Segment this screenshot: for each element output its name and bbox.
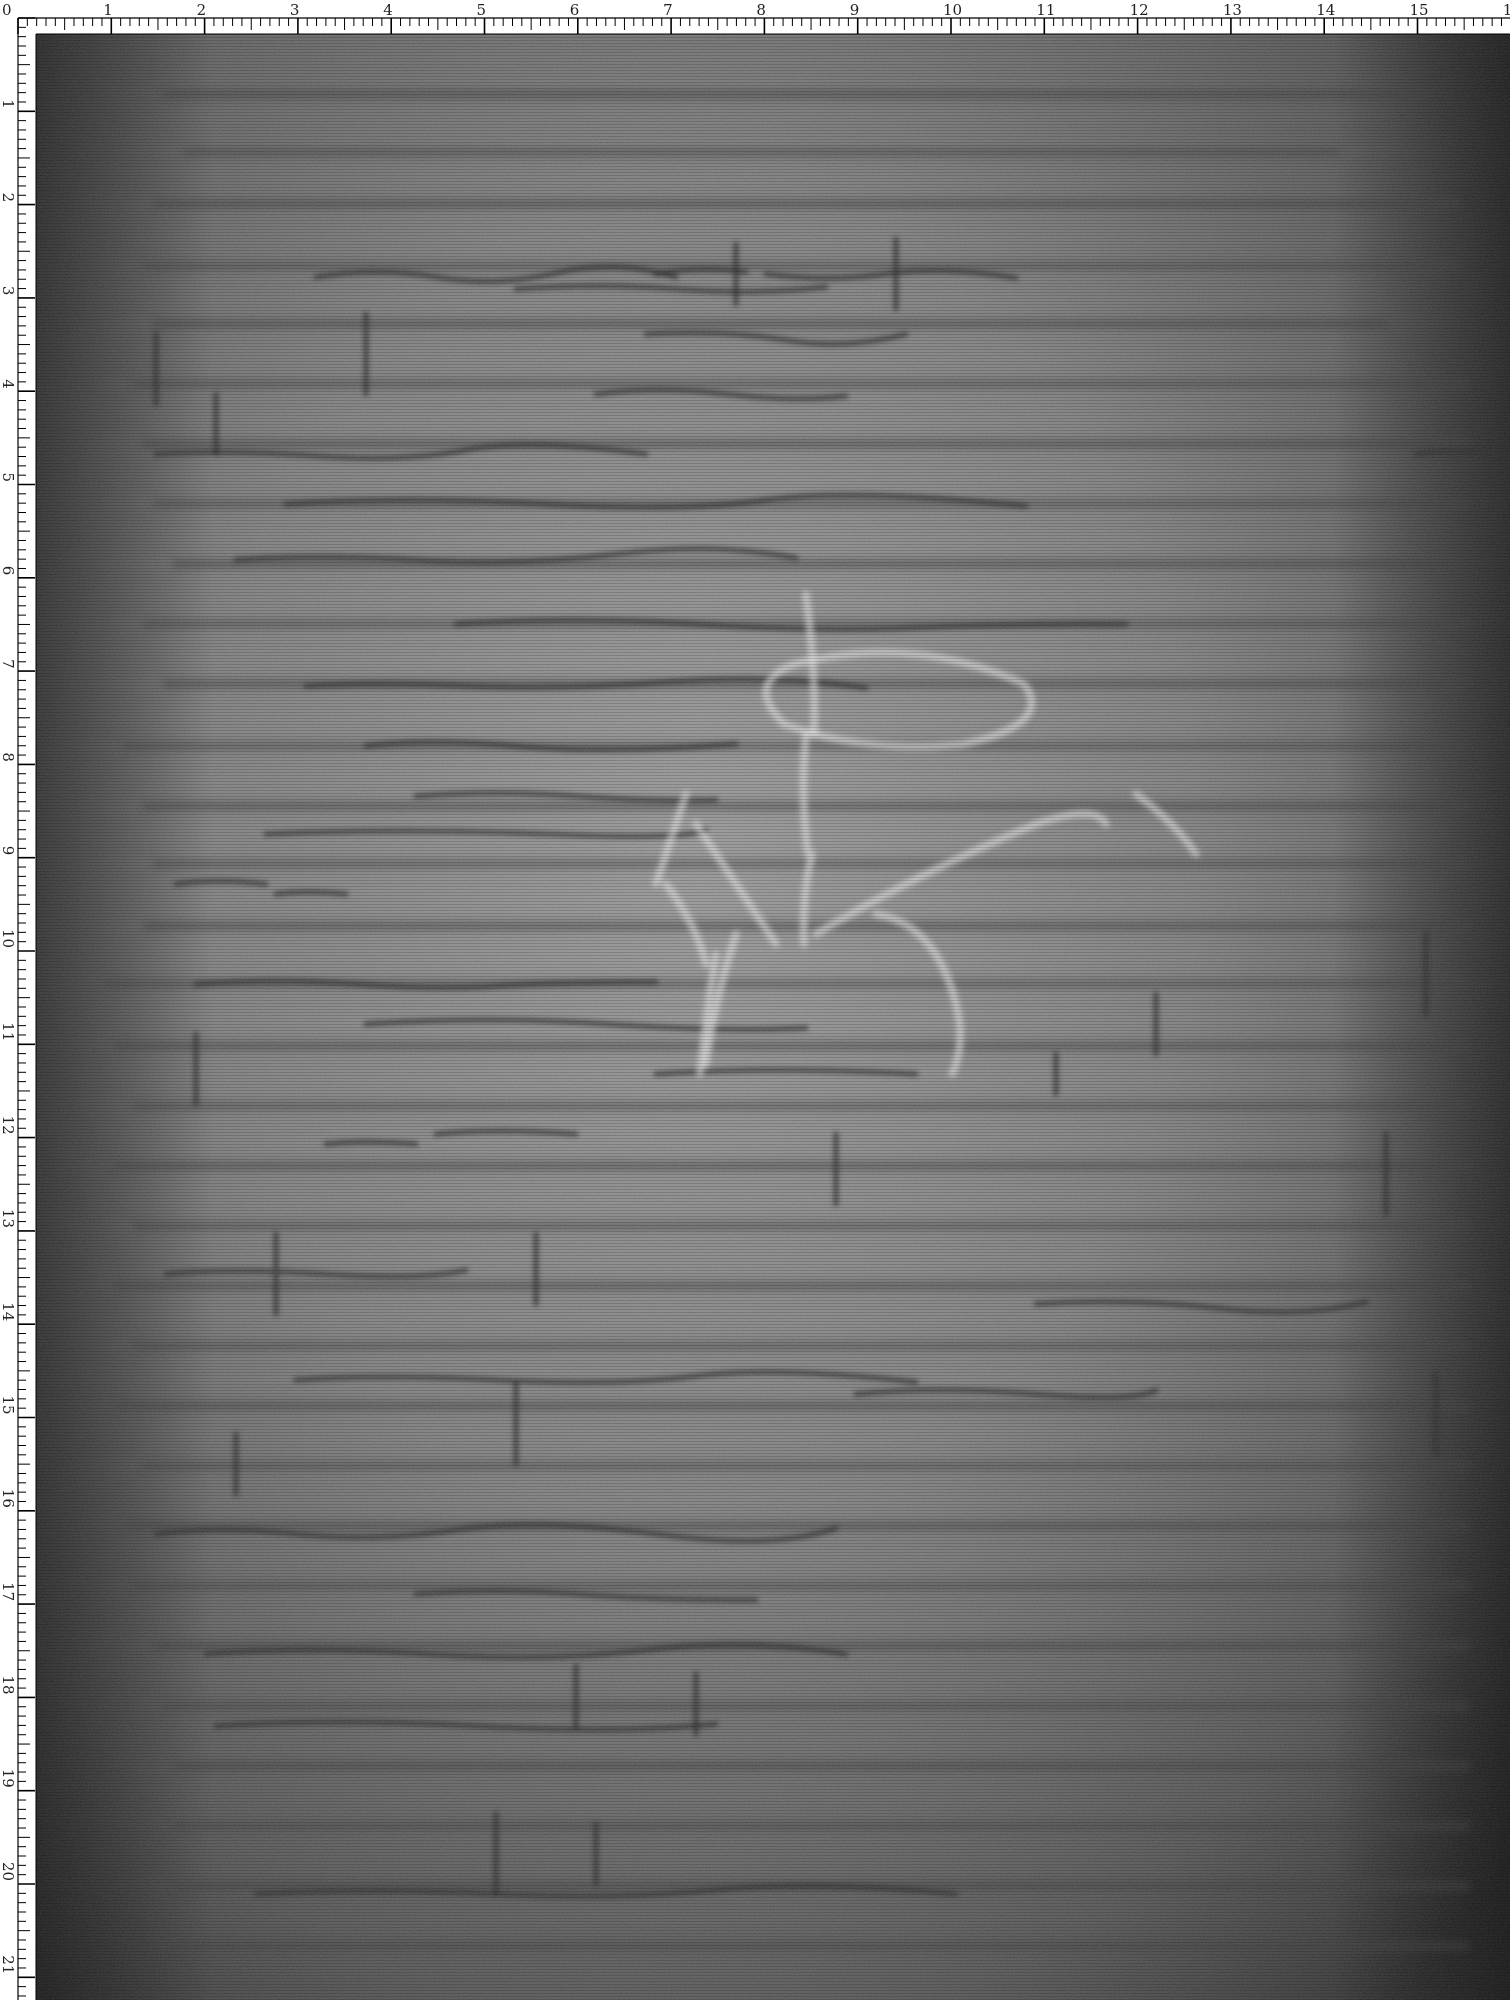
ruler-label: 7: [0, 659, 17, 669]
ruler-label: 18: [0, 1675, 17, 1694]
ruler-label: 3: [290, 1, 300, 19]
ruler-label: 3: [0, 286, 17, 296]
ruler-label: 2: [197, 1, 207, 19]
ruler-label: 13: [0, 1209, 17, 1228]
ruler-label: 11: [1036, 1, 1055, 19]
ruler-label: 6: [570, 1, 580, 19]
ruler-label: 8: [0, 752, 17, 762]
ruler-label: 7: [663, 1, 673, 19]
ruler-label: 11: [0, 1022, 17, 1041]
ruler-label: 17: [0, 1582, 17, 1601]
ruler-label: 21: [0, 1955, 17, 1974]
ruler-label: 1: [103, 1, 113, 19]
ruler-label: 1: [1503, 1, 1510, 19]
ruler-label: 2: [0, 193, 17, 203]
ruler-label: 1: [0, 99, 17, 109]
ruler-label: 9: [0, 846, 17, 856]
ruler-label: 12: [0, 1116, 17, 1135]
ruler-label: 16: [0, 1489, 17, 1508]
ruler-label: 6: [0, 566, 17, 576]
ruler-label: 12: [1130, 1, 1149, 19]
ruler-label: 8: [756, 1, 766, 19]
ruler-label: 14: [1316, 1, 1335, 19]
ruler-label: 19: [0, 1769, 17, 1788]
ruler-label: 4: [383, 1, 393, 19]
ruler-label: 14: [0, 1302, 17, 1321]
ruler-label: 15: [1410, 1, 1429, 19]
ruler-label: 0: [2, 1, 12, 19]
ruler-label: 15: [0, 1396, 17, 1415]
ruler-label: 5: [477, 1, 487, 19]
ruler-label: 13: [1223, 1, 1242, 19]
ruler-label: 10: [0, 929, 17, 948]
ruler-overlay: 0123456789101112131415112345678910111213…: [0, 0, 1510, 2000]
ruler-label: 10: [943, 1, 962, 19]
ruler-label: 4: [0, 379, 17, 389]
ruler-label: 9: [850, 1, 860, 19]
ruler-label: 20: [0, 1862, 17, 1881]
ruler-label: 5: [0, 473, 17, 483]
